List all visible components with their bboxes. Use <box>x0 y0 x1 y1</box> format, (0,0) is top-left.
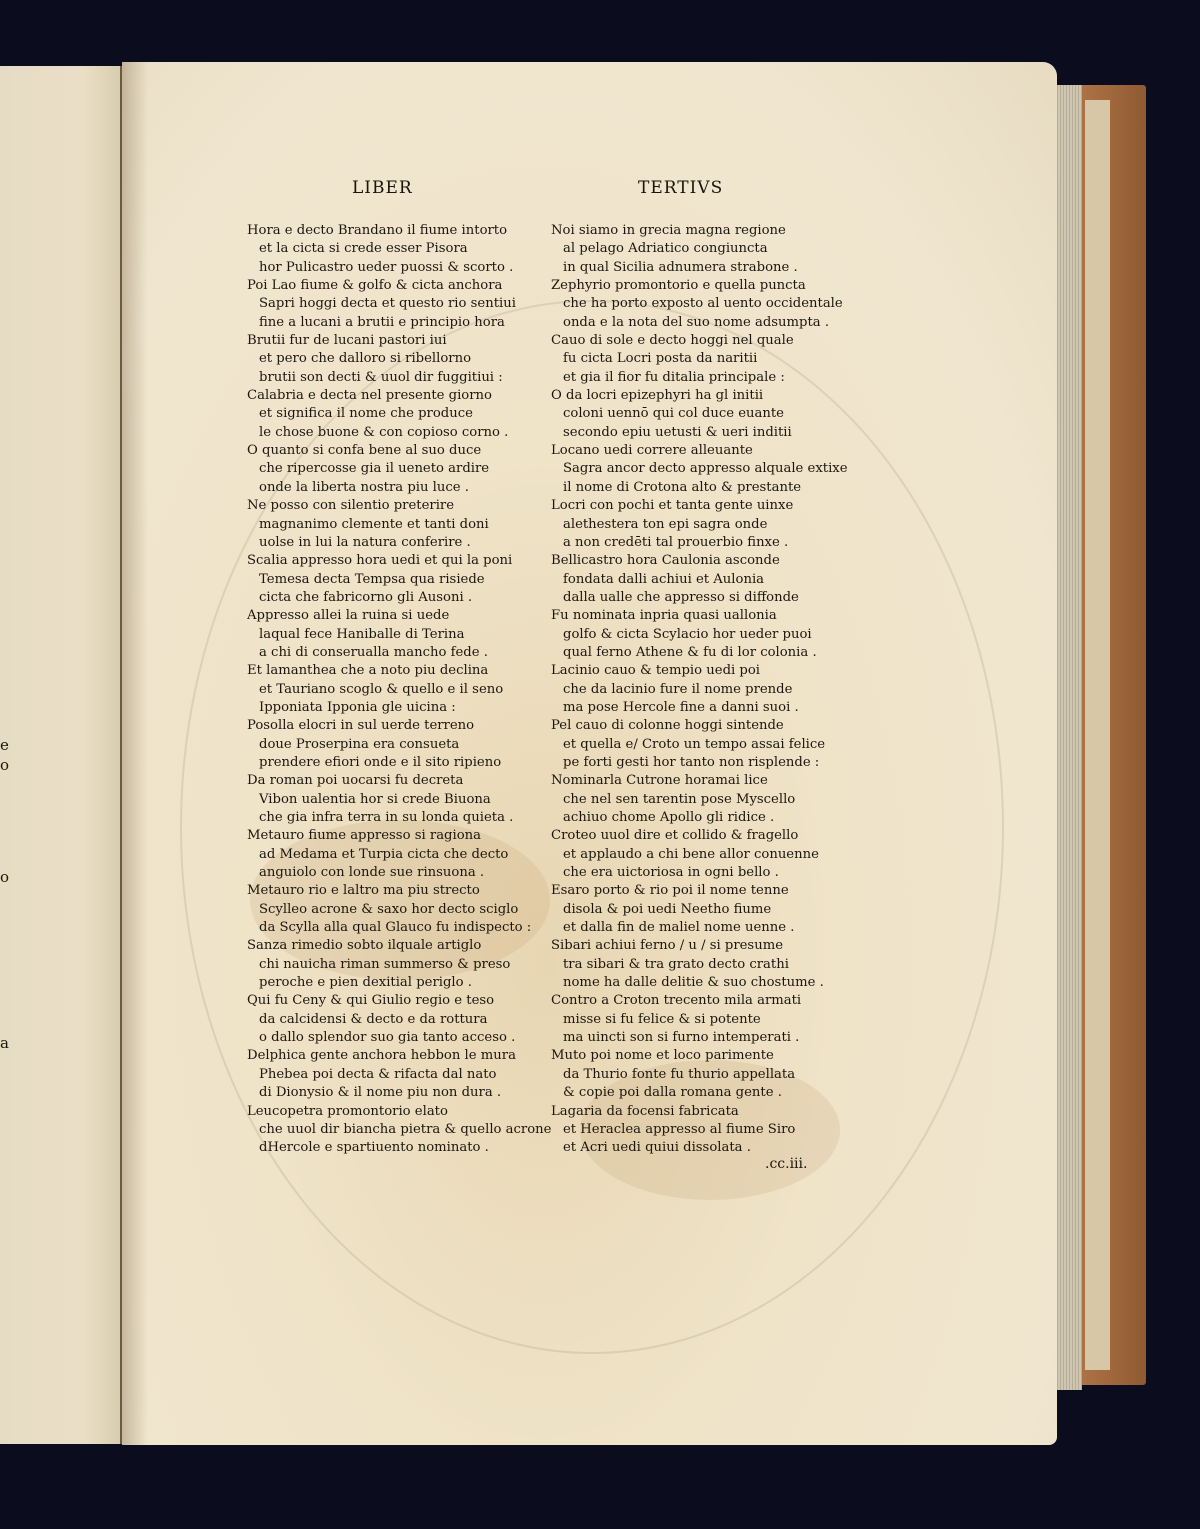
verse-line: Metauro rio e laltro ma piu strecto <box>247 882 547 900</box>
verse-line: Metauro fiume appresso si ragiona <box>247 827 547 845</box>
verse-line: et significa il nome che produce <box>247 405 547 423</box>
verse-line: ma pose Hercole fine a danni suoi . <box>551 699 851 717</box>
verse-line: Locano uedi correre alleuante <box>551 442 851 460</box>
verse-line: che uuol dir biancha pietra & quello acr… <box>247 1121 547 1139</box>
verse-line: che nel sen tarentin pose Myscello <box>551 791 851 809</box>
verse-line: disola & poi uedi Neetho fiume <box>551 901 851 919</box>
verse-line: Cauo di sole e decto hoggi nel quale <box>551 332 851 350</box>
verse-line: et pero che dalloro si ribellorno <box>247 350 547 368</box>
verse-line: Sagra ancor decto appresso alquale extix… <box>551 460 851 478</box>
verse-line: Lacinio cauo & tempio uedi poi <box>551 662 851 680</box>
verse-line: et Heraclea appresso al fiume Siro <box>551 1121 851 1139</box>
verse-line: Lagaria da focensi fabricata <box>551 1103 851 1121</box>
verse-line: in qual Sicilia adnumera strabone . <box>551 259 851 277</box>
verse-line: Muto poi nome et loco parimente <box>551 1047 851 1065</box>
verse-line: Hora e decto Brandano il fiume intorto <box>247 222 547 240</box>
signature-mark: .cc.iii. <box>765 1156 807 1172</box>
verse-line: Sanza rimedio sobto ilquale artiglo <box>247 937 547 955</box>
verse-line: Appresso allei la ruina si uede <box>247 607 547 625</box>
verse-line: Delphica gente anchora hebbon le mura <box>247 1047 547 1065</box>
verse-line: Phebea poi decta & rifacta dal nato <box>247 1066 547 1084</box>
verse-line: achiuo chome Apollo gli ridice . <box>551 809 851 827</box>
margin-letter: o <box>0 756 9 774</box>
verse-line: Et lamanthea che a noto piu declina <box>247 662 547 680</box>
verse-line: Da roman poi uocarsi fu decreta <box>247 772 547 790</box>
verse-line: et applaudo a chi bene allor conuenne <box>551 846 851 864</box>
verse-line: Scylleo acrone & saxo hor decto sciglo <box>247 901 547 919</box>
verse-line: le chose buone & con copioso corno . <box>247 424 547 442</box>
verse-line: da calcidensi & decto e da rottura <box>247 1011 547 1029</box>
verse-line: fu cicta Locri posta da naritii <box>551 350 851 368</box>
verse-line: Zephyrio promontorio e quella puncta <box>551 277 851 295</box>
verse-line: Vibon ualentia hor si crede Biuona <box>247 791 547 809</box>
verse-line: che ha porto exposto al uento occidental… <box>551 295 851 313</box>
margin-letter: o <box>0 868 9 886</box>
verse-line: onde la liberta nostra piu luce . <box>247 479 547 497</box>
verse-line: Pel cauo di colonne hoggi sintende <box>551 717 851 735</box>
verse-line: Ne posso con silentio preterire <box>247 497 547 515</box>
verse-line: uolse in lui la natura conferire . <box>247 534 547 552</box>
verse-line: O da locri epizephyri ha gl initii <box>551 387 851 405</box>
verse-line: et gia il fior fu ditalia principale : <box>551 369 851 387</box>
verse-line: o dallo splendor suo gia tanto acceso . <box>247 1029 547 1047</box>
verse-line: secondo epiu uetusti & ueri inditii <box>551 424 851 442</box>
verse-line: laqual fece Haniballe di Terina <box>247 626 547 644</box>
verse-line: Fu nominata inpria quasi uallonia <box>551 607 851 625</box>
verse-line: tra sibari & tra grato decto crathi <box>551 956 851 974</box>
verse-line: Noi siamo in grecia magna regione <box>551 222 851 240</box>
verse-line: Posolla elocri in sul uerde terreno <box>247 717 547 735</box>
verse-line: dalla ualle che appresso si diffonde <box>551 589 851 607</box>
verse-line: ma uincti son si furno intemperati . <box>551 1029 851 1047</box>
verse-line: cicta che fabricorno gli Ausoni . <box>247 589 547 607</box>
text-column-left: Hora e decto Brandano il fiume intortoet… <box>247 222 547 1158</box>
verse-line: Poi Lao fiume & golfo & cicta anchora <box>247 277 547 295</box>
verse-line: chi nauicha riman summerso & preso <box>247 956 547 974</box>
verse-line: O quanto si confa bene al suo duce <box>247 442 547 460</box>
verse-line: di Dionysio & il nome piu non dura . <box>247 1084 547 1102</box>
verse-line: che da lacinio fure il nome prende <box>551 681 851 699</box>
verse-line: alethestera ton epi sagra onde <box>551 516 851 534</box>
verse-line: et Acri uedi quiui dissolata . <box>551 1139 851 1157</box>
verse-line: Brutii fur de lucani pastori iui <box>247 332 547 350</box>
verse-line: Leucopetra promontorio elato <box>247 1103 547 1121</box>
verse-line: Croteo uuol dire et collido & fragello <box>551 827 851 845</box>
verse-line: Esaro porto & rio poi il nome tenne <box>551 882 851 900</box>
margin-letter: e <box>0 736 9 754</box>
verse-line: qual ferno Athene & fu di lor colonia . <box>551 644 851 662</box>
running-head-left: LIBER <box>352 178 413 198</box>
verse-line: & copie poi dalla romana gente . <box>551 1084 851 1102</box>
verse-line: da Thurio fonte fu thurio appellata <box>551 1066 851 1084</box>
verse-line: il nome di Crotona alto & prestante <box>551 479 851 497</box>
verse-line: nome ha dalle delitie & suo chostume . <box>551 974 851 992</box>
verse-line: fine a lucani a brutii e principio hora <box>247 314 547 332</box>
verse-line: et quella e/ Croto un tempo assai felice <box>551 736 851 754</box>
verse-line: al pelago Adriatico congiuncta <box>551 240 851 258</box>
verse-line: coloni uennō qui col duce euante <box>551 405 851 423</box>
verse-line: prendere efiori onde e il sito ripieno <box>247 754 547 772</box>
verse-line: Calabria e decta nel presente giorno <box>247 387 547 405</box>
verse-line: Contro a Croton trecento mila armati <box>551 992 851 1010</box>
verse-line: et Tauriano scoglo & quello e il seno <box>247 681 547 699</box>
verse-line: et dalla fin de maliel nome uenne . <box>551 919 851 937</box>
verse-line: da Scylla alla qual Glauco fu indispecto… <box>247 919 547 937</box>
verse-line: a chi di conserualla mancho fede . <box>247 644 547 662</box>
verse-line: Locri con pochi et tanta gente uinxe <box>551 497 851 515</box>
verse-line: pe forti gesti hor tanto non risplende : <box>551 754 851 772</box>
verse-line: che ripercosse gia il ueneto ardire <box>247 460 547 478</box>
verse-line: anguiolo con londe sue rinsuona . <box>247 864 547 882</box>
verse-line: Sibari achiui ferno / u / si presume <box>551 937 851 955</box>
verse-line: Scalia appresso hora uedi et qui la poni <box>247 552 547 570</box>
gutter-shadow <box>122 62 148 1445</box>
verse-line: doue Proserpina era consueta <box>247 736 547 754</box>
verse-line: Sapri hoggi decta et questo rio sentiui <box>247 295 547 313</box>
verse-line: Ipponiata Ipponia gle uicina : <box>247 699 547 717</box>
verse-line: peroche e pien dexitial periglo . <box>247 974 547 992</box>
verse-line: golfo & cicta Scylacio hor ueder puoi <box>551 626 851 644</box>
verse-line: dHercole e spartiuento nominato . <box>247 1139 547 1157</box>
verse-line: Qui fu Ceny & qui Giulio regio e teso <box>247 992 547 1010</box>
verse-line: et la cicta si crede esser Pisora <box>247 240 547 258</box>
left-page-edge: eooa <box>0 66 122 1444</box>
verse-line: Temesa decta Tempsa qua risiede <box>247 571 547 589</box>
verse-line: ad Medama et Turpia cicta che decto <box>247 846 547 864</box>
verse-line: a non credēti tal prouerbio finxe . <box>551 534 851 552</box>
margin-letter: a <box>0 1034 9 1052</box>
running-head-right: TERTIVS <box>638 178 723 198</box>
verse-line: che gia infra terra in su londa quieta . <box>247 809 547 827</box>
verse-line: misse si fu felice & si potente <box>551 1011 851 1029</box>
verse-line: brutii son decti & uuol dir fuggitiui : <box>247 369 547 387</box>
verse-line: onda e la nota del suo nome adsumpta . <box>551 314 851 332</box>
text-column-right: Noi siamo in grecia magna regioneal pela… <box>551 222 851 1158</box>
verse-line: magnanimo clemente et tanti doni <box>247 516 547 534</box>
verse-line: Bellicastro hora Caulonia asconde <box>551 552 851 570</box>
cover-inner-board <box>1085 100 1110 1370</box>
verse-line: Nominarla Cutrone horamai lice <box>551 772 851 790</box>
verse-line: che era uictoriosa in ogni bello . <box>551 864 851 882</box>
verse-line: hor Pulicastro ueder puossi & scorto . <box>247 259 547 277</box>
verse-line: fondata dalli achiui et Aulonia <box>551 571 851 589</box>
